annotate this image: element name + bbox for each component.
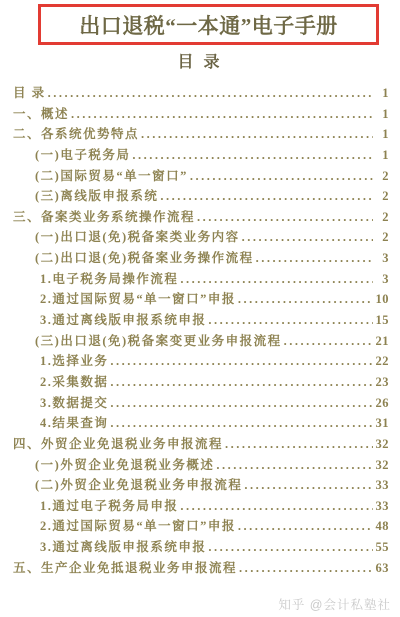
toc-leader-dots [110,354,372,369]
toc-leader-dots [256,251,373,266]
toc-entry[interactable]: 2.采集数据 23 [13,372,389,393]
toc-entry-page: 3 [376,251,389,266]
toc-entry-label: 3.数据提交 [13,393,108,411]
toc-entry[interactable]: 2.通过国际贸易“单一窗口”申报 10 [13,289,389,310]
toc-entry-page: 3 [376,272,389,287]
toc-entry-label: 1.通过电子税务局申报 [13,496,178,514]
toc-leader-dots [244,478,372,493]
toc-entry-label: 一、概述 [13,104,69,122]
toc-entry-label: (二)出口退(免)税备案业务操作流程 [13,248,254,266]
toc-entry[interactable]: (一)电子税务局 1 [13,145,389,166]
toc-entry-label: (一)电子税务局 [13,145,130,163]
toc-leader-dots [242,230,373,245]
toc-entry-page: 1 [376,86,389,101]
toc-entry[interactable]: 4.结果查询 31 [13,413,389,434]
toc-leader-dots [239,561,372,576]
toc-leader-dots [160,189,373,204]
toc-leader-dots [110,416,372,431]
toc-leader-dots [180,272,373,287]
toc-entry[interactable]: 一、概述 1 [13,104,389,125]
toc-leader-dots [48,86,373,101]
toc-leader-dots [216,458,372,473]
toc-entry-label: 1.选择业务 [13,351,108,369]
toc-entry-page: 55 [376,540,390,555]
toc-entry-label: (三)出口退(免)税备案变更业务申报流程 [13,331,282,349]
toc-entry[interactable]: 3.通过离线版申报系统申报 15 [13,310,389,331]
toc-entry-label: 二、各系统优势特点 [13,124,139,142]
toc-entry-label: (二)外贸企业免退税业务申报流程 [13,475,242,493]
toc-leader-dots [225,437,372,452]
toc-entry[interactable]: 三、备案类业务系统操作流程 2 [13,207,389,228]
toc-leader-dots [208,313,372,328]
toc-entry-label: 目 录 [13,83,46,101]
toc-leader-dots [110,396,372,411]
toc-entry[interactable]: 1.选择业务 22 [13,351,389,372]
toc-list: 目 录 1 一、概述 1 二、各系统优势特点 1 (一)电子税务局 1 (二)国… [13,83,389,578]
title-banner: 出口退税“一本通”电子手册 [38,4,379,45]
toc-entry[interactable]: 五、生产企业免抵退税业务申报流程 63 [13,558,389,579]
toc-entry-page: 21 [376,334,390,349]
toc-entry-page: 48 [376,519,390,534]
toc-entry-page: 2 [376,210,389,225]
toc-entry-page: 31 [376,416,390,431]
toc-entry[interactable]: 2.通过国际贸易“单一窗口”申报 48 [13,516,389,537]
toc-leader-dots [197,210,373,225]
toc-entry-page: 23 [376,375,390,390]
watermark: 知乎 @会计私塾社 [278,595,391,613]
toc-entry-label: 3.通过离线版申报系统申报 [13,537,206,555]
toc-entry[interactable]: 1.电子税务局操作流程 3 [13,269,389,290]
toc-entry[interactable]: (一)外贸企业免退税业务概述 32 [13,455,389,476]
toc-entry[interactable]: (二)外贸企业免退税业务申报流程 33 [13,475,389,496]
toc-entry[interactable]: 二、各系统优势特点 1 [13,124,389,145]
toc-entry-label: 3.通过离线版申报系统申报 [13,310,206,328]
toc-entry[interactable]: (二)出口退(免)税备案业务操作流程 3 [13,248,389,269]
toc-entry-page: 33 [376,478,390,493]
toc-leader-dots [208,540,372,555]
toc-leader-dots [132,148,373,163]
toc-entry-page: 26 [376,396,390,411]
toc-entry-page: 1 [376,127,389,142]
toc-leader-dots [238,292,373,307]
toc-leader-dots [238,519,373,534]
toc-leader-dots [190,169,373,184]
toc-entry-page: 32 [376,458,390,473]
toc-entry-label: (三)离线版申报系统 [13,186,158,204]
toc-entry-label: 2.通过国际贸易“单一窗口”申报 [13,516,236,534]
toc-entry-label: (一)外贸企业免退税业务概述 [13,455,214,473]
toc-entry[interactable]: 四、外贸企业免退税业务申报流程 32 [13,434,389,455]
toc-entry-page: 32 [376,437,390,452]
toc-entry[interactable]: 1.通过电子税务局申报 33 [13,496,389,517]
document-page: 出口退税“一本通”电子手册 目 录 目 录 1 一、概述 1 二、各系统优势特点… [0,0,400,617]
toc-entry-label: 1.电子税务局操作流程 [13,269,178,287]
toc-entry-page: 22 [376,354,390,369]
toc-heading: 目 录 [0,49,400,72]
toc-entry[interactable]: (三)出口退(免)税备案变更业务申报流程 21 [13,331,389,352]
toc-entry-page: 15 [376,313,390,328]
toc-entry-page: 2 [376,230,389,245]
toc-entry-label: 四、外贸企业免退税业务申报流程 [13,434,223,452]
toc-leader-dots [180,499,372,514]
toc-entry-label: (一)出口退(免)税备案类业务内容 [13,227,240,245]
toc-entry[interactable]: 目 录 1 [13,83,389,104]
toc-entry-label: 2.通过国际贸易“单一窗口”申报 [13,289,236,307]
toc-entry-label: 4.结果查询 [13,413,108,431]
toc-entry-page: 63 [376,561,390,576]
toc-entry-page: 10 [376,292,390,307]
toc-entry-page: 2 [376,189,389,204]
toc-entry-label: 五、生产企业免抵退税业务申报流程 [13,558,237,576]
toc-entry-page: 33 [376,499,390,514]
toc-entry[interactable]: (二)国际贸易“单一窗口” 2 [13,166,389,187]
toc-entry-page: 1 [376,148,389,163]
toc-entry-page: 2 [376,169,389,184]
toc-entry-label: (二)国际贸易“单一窗口” [13,166,188,184]
toc-leader-dots [71,107,373,122]
toc-entry-label: 2.采集数据 [13,372,108,390]
toc-leader-dots [141,127,373,142]
toc-leader-dots [110,375,372,390]
toc-entry-label: 三、备案类业务系统操作流程 [13,207,195,225]
toc-entry[interactable]: 3.数据提交 26 [13,393,389,414]
toc-entry-page: 1 [376,107,389,122]
toc-leader-dots [284,334,373,349]
toc-entry[interactable]: 3.通过离线版申报系统申报 55 [13,537,389,558]
document-title: 出口退税“一本通”电子手册 [79,10,338,40]
toc-entry[interactable]: (一)出口退(免)税备案类业务内容 2 [13,227,389,248]
toc-entry[interactable]: (三)离线版申报系统 2 [13,186,389,207]
